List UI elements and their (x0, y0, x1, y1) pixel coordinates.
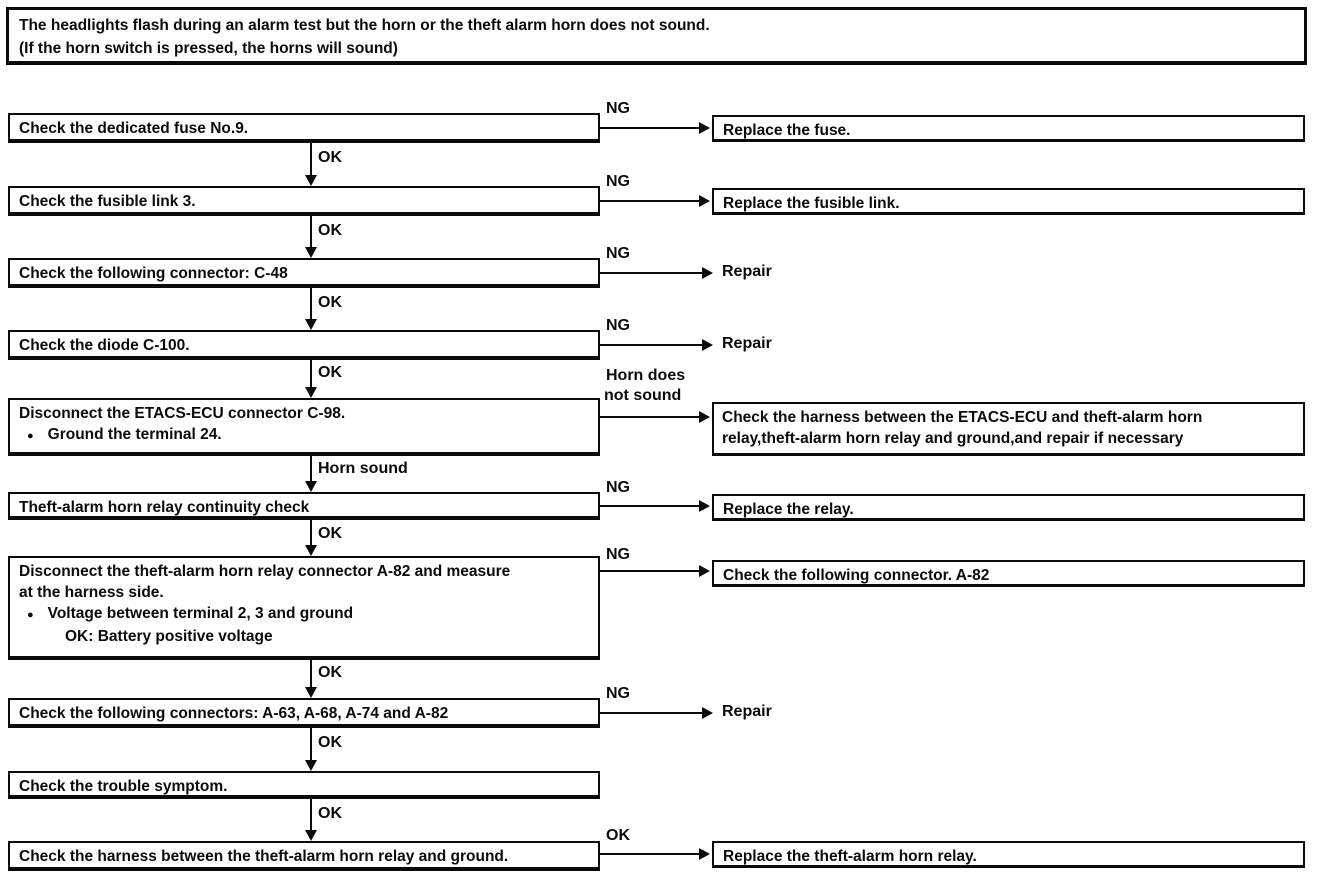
branch-label-ng-3: NG (606, 244, 630, 263)
arrow-down-icon (305, 247, 317, 258)
step-3-text: Check the following connector: C-48 (19, 265, 288, 282)
step-10-box: Check the harness between the theft-alar… (8, 841, 600, 871)
result-1-box: Replace the fuse. (712, 115, 1305, 142)
arrow-down-icon (305, 687, 317, 698)
connector-line (600, 344, 703, 346)
step-6-text: Theft-alarm horn relay continuity check (19, 499, 309, 516)
arrow-right-icon (699, 500, 710, 512)
troubleshooting-flowchart-page: { "header": { "line1": "The headlights f… (0, 0, 1328, 884)
result-2-text: Replace the fusible link. (723, 195, 900, 212)
symptom-line2: (If the horn switch is pressed, the horn… (19, 37, 1294, 60)
down-label-ok-7: OK (318, 663, 342, 682)
connector-line (600, 127, 700, 129)
step-2-text: Check the fusible link 3. (19, 193, 196, 210)
arrow-right-icon (699, 195, 710, 207)
step-1-text: Check the dedicated fuse No.9. (19, 120, 248, 137)
arrow-right-icon (699, 848, 710, 860)
branch-label-ng-2: NG (606, 172, 630, 191)
connector-line (310, 288, 312, 319)
result-5-box: Check the harness between the ETACS-ECU … (712, 402, 1305, 456)
connector-line (310, 360, 312, 387)
branch-label-ng-4: NG (606, 316, 630, 335)
arrow-right-icon (702, 707, 713, 719)
connector-line (600, 570, 700, 572)
step-2-box: Check the fusible link 3. (8, 186, 600, 216)
result-5-line1: Check the harness between the ETACS-ECU … (722, 407, 1297, 428)
step-5-text: Disconnect the ETACS-ECU connector C-98. (19, 403, 589, 424)
connector-line (600, 416, 700, 418)
down-label-ok-4: OK (318, 363, 342, 382)
step-7-line2: at the harness side. (19, 582, 589, 603)
branch-label-ok-10: OK (606, 826, 630, 845)
down-label-ok-2: OK (318, 221, 342, 240)
arrow-down-icon (305, 830, 317, 841)
connector-line (600, 200, 700, 202)
bullet-icon: ● (27, 426, 34, 447)
step-10-text: Check the harness between the theft-alar… (19, 848, 508, 865)
step-4-box: Check the diode C-100. (8, 330, 600, 360)
down-label-ok-6: OK (318, 524, 342, 543)
step-8-box: Check the following connectors: A-63, A-… (8, 698, 600, 728)
arrow-down-icon (305, 319, 317, 330)
step-1-box: Check the dedicated fuse No.9. (8, 113, 600, 143)
down-label-ok-9: OK (318, 804, 342, 823)
step-7-box: Disconnect the theft-alarm horn relay co… (8, 556, 600, 660)
result-6-box: Replace the relay. (712, 494, 1305, 521)
branch-label-ng-1: NG (606, 99, 630, 118)
down-label-ok-1: OK (318, 148, 342, 167)
result-2-box: Replace the fusible link. (712, 188, 1305, 215)
step-9-box: Check the trouble symptom. (8, 771, 600, 799)
result-4-repair-label: Repair (722, 335, 772, 353)
result-3-repair-label: Repair (722, 263, 772, 281)
connector-line (600, 272, 703, 274)
down-label-ok-3: OK (318, 293, 342, 312)
result-10-text: Replace the theft-alarm horn relay. (723, 848, 977, 865)
flowchart-canvas: The headlights flash during an alarm tes… (0, 0, 1328, 884)
arrow-right-icon (699, 122, 710, 134)
branch-label-horn-does: Horn does (606, 366, 685, 385)
connector-line (310, 660, 312, 687)
step-3-box: Check the following connector: C-48 (8, 258, 600, 288)
step-6-box: Theft-alarm horn relay continuity check (8, 492, 600, 520)
result-5-line2: relay,theft-alarm horn relay and ground,… (722, 428, 1297, 449)
step-7-ok-condition: OK: Battery positive voltage (65, 626, 589, 647)
branch-label-ng-6: NG (606, 478, 630, 497)
branch-label-not-sound: not sound (604, 386, 681, 405)
result-7-text: Check the following connector. A-82 (723, 567, 989, 584)
connector-line (600, 853, 700, 855)
symptom-box: The headlights flash during an alarm tes… (6, 7, 1307, 65)
branch-label-ng-8: NG (606, 684, 630, 703)
arrow-right-icon (702, 267, 713, 279)
connector-line (310, 728, 312, 760)
step-4-text: Check the diode C-100. (19, 337, 190, 354)
down-label-horn-sound: Horn sound (318, 459, 408, 478)
connector-line (600, 712, 703, 714)
bullet-icon: ● (27, 605, 34, 626)
connector-line (310, 143, 312, 175)
arrow-down-icon (305, 760, 317, 771)
connector-line (310, 520, 312, 545)
symptom-line1: The headlights flash during an alarm tes… (19, 14, 1294, 37)
step-7-bullet-text: Voltage between terminal 2, 3 and ground (48, 603, 353, 626)
result-7-box: Check the following connector. A-82 (712, 560, 1305, 587)
arrow-right-icon (699, 411, 710, 423)
arrow-down-icon (305, 387, 317, 398)
step-5-box: Disconnect the ETACS-ECU connector C-98.… (8, 398, 600, 456)
result-6-text: Replace the relay. (723, 501, 854, 518)
connector-line (310, 216, 312, 247)
step-5-bullet-text: Ground the terminal 24. (48, 424, 222, 447)
arrow-down-icon (305, 481, 317, 492)
arrow-right-icon (702, 339, 713, 351)
connector-line (310, 799, 312, 830)
step-7-line1: Disconnect the theft-alarm horn relay co… (19, 561, 589, 582)
result-8-repair-label: Repair (722, 703, 772, 721)
result-10-box: Replace the theft-alarm horn relay. (712, 841, 1305, 868)
arrow-right-icon (699, 565, 710, 577)
arrow-down-icon (305, 545, 317, 556)
result-1-text: Replace the fuse. (723, 122, 851, 139)
connector-line (600, 505, 700, 507)
branch-label-ng-7: NG (606, 545, 630, 564)
step-8-text: Check the following connectors: A-63, A-… (19, 705, 448, 722)
arrow-down-icon (305, 175, 317, 186)
connector-line (310, 456, 312, 481)
down-label-ok-8: OK (318, 733, 342, 752)
step-9-text: Check the trouble symptom. (19, 778, 227, 795)
